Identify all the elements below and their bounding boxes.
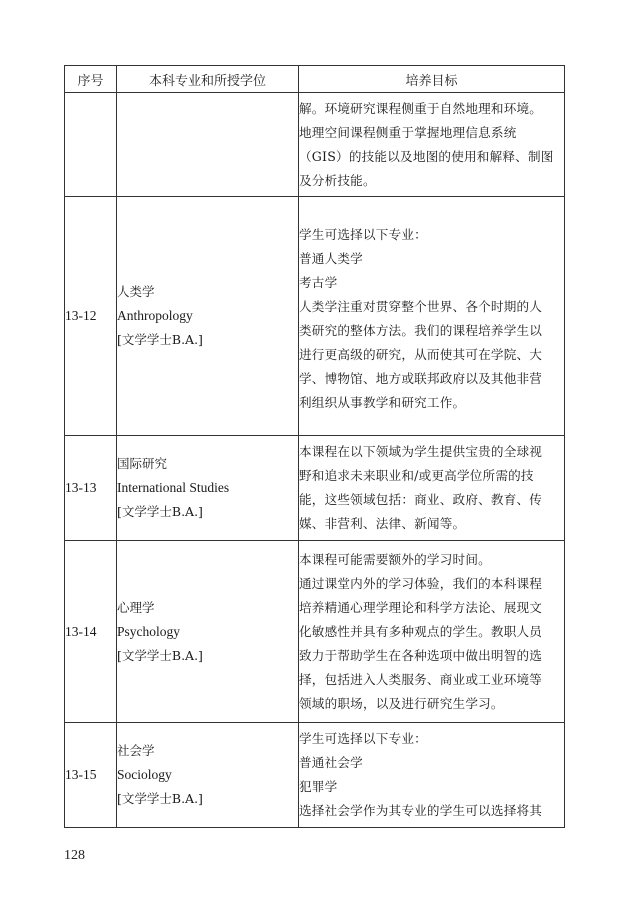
goal-line: 能，这些领域包括：商业、政府、教育、传 (299, 488, 564, 512)
goal-line: 学生可选择以下专业： (299, 727, 564, 751)
row-number: 13-14 (65, 541, 117, 723)
table-row: 解。环境研究课程侧重于自然地理和环境。 地理空间课程侧重于掌握地理信息系统 （G… (65, 93, 565, 197)
table-row: 13-13 国际研究 International Studies [文学学士B.… (65, 436, 565, 541)
document-page: 序号 本科专业和所授学位 培养目标 解。环境研究课程侧重于自然地理和环境。 地理… (0, 0, 628, 909)
goal-line: 致力于帮助学生在各种选项中做出明智的选 (299, 644, 564, 668)
header-training-goal: 培养目标 (299, 66, 565, 93)
goal-line: 犯罪学 (299, 775, 564, 799)
goal-line: 通过课堂内外的学习体验，我们的本科课程 (299, 572, 564, 596)
goal-line: 选择社会学作为其专业的学生可以选择将其 (299, 799, 564, 823)
row-number: 13-15 (65, 723, 117, 828)
row-number (65, 93, 117, 197)
goal-cell: 学生可选择以下专业： 普通社会学 犯罪学 选择社会学作为其专业的学生可以选择将其 (299, 723, 565, 828)
goal-line: 本课程在以下领域为学生提供宝贵的全球视 (299, 440, 564, 464)
goal-line: 学生可选择以下专业： (299, 223, 564, 247)
header-serial-number: 序号 (65, 66, 117, 93)
goal-line: 考古学 (299, 271, 564, 295)
major-english-name: Psychology (117, 620, 298, 644)
goal-line: 择，包括进入人类服务、商业或工业环境等 (299, 668, 564, 692)
major-cell: 人类学 Anthropology [文学学士B.A.] (117, 197, 299, 436)
degree-label: [文学学士B.A.] (117, 328, 298, 352)
page-number: 128 (64, 848, 85, 864)
major-chinese-name: 社会学 (117, 739, 298, 763)
goal-line: 本课程可能需要额外的学习时间。 (299, 548, 564, 572)
goal-line: 普通人类学 (299, 247, 564, 271)
major-english-name: Sociology (117, 763, 298, 787)
row-number: 13-12 (65, 197, 117, 436)
goal-line: 学、博物馆、地方或联邦政府以及其他非营 (299, 367, 564, 391)
goal-line: 媒、非营利、法律、新闻等。 (299, 512, 564, 536)
goal-line: 地理空间课程侧重于掌握地理信息系统 (299, 121, 564, 145)
major-english-name: International Studies (117, 476, 298, 500)
major-chinese-name: 人类学 (117, 280, 298, 304)
majors-table: 序号 本科专业和所授学位 培养目标 解。环境研究课程侧重于自然地理和环境。 地理… (64, 65, 565, 828)
major-chinese-name: 心理学 (117, 596, 298, 620)
goal-line: 及分析技能。 (299, 169, 564, 193)
major-cell: 国际研究 International Studies [文学学士B.A.] (117, 436, 299, 541)
goal-line: 领域的职场，以及进行研究生学习。 (299, 692, 564, 716)
major-cell: 心理学 Psychology [文学学士B.A.] (117, 541, 299, 723)
degree-label: [文学学士B.A.] (117, 500, 298, 524)
goal-line: 解。环境研究课程侧重于自然地理和环境。 (299, 97, 564, 121)
major-english-name: Anthropology (117, 304, 298, 328)
goal-cell: 本课程可能需要额外的学习时间。 通过课堂内外的学习体验，我们的本科课程 培养精通… (299, 541, 565, 723)
goal-line: 培养精通心理学理论和科学方法论、展现文 (299, 596, 564, 620)
goal-cell: 解。环境研究课程侧重于自然地理和环境。 地理空间课程侧重于掌握地理信息系统 （G… (299, 93, 565, 197)
major-chinese-name: 国际研究 (117, 452, 298, 476)
goal-line: 野和追求未来职业和/或更高学位所需的技 (299, 464, 564, 488)
goal-line: 人类学注重对贯穿整个世界、各个时期的人 (299, 295, 564, 319)
degree-label: [文学学士B.A.] (117, 787, 298, 811)
table-row: 13-12 人类学 Anthropology [文学学士B.A.] 学生可选择以… (65, 197, 565, 436)
goal-line: （GIS）的技能以及地图的使用和解释、制图 (299, 145, 564, 169)
goal-cell: 本课程在以下领域为学生提供宝贵的全球视 野和追求未来职业和/或更高学位所需的技 … (299, 436, 565, 541)
major-cell: 社会学 Sociology [文学学士B.A.] (117, 723, 299, 828)
row-number: 13-13 (65, 436, 117, 541)
goal-cell: 学生可选择以下专业： 普通人类学 考古学 人类学注重对贯穿整个世界、各个时期的人… (299, 197, 565, 436)
degree-label: [文学学士B.A.] (117, 644, 298, 668)
goal-line: 化敏感性并具有多种观点的学生。教职人员 (299, 620, 564, 644)
goal-line: 普通社会学 (299, 751, 564, 775)
major-cell (117, 93, 299, 197)
table-row: 13-14 心理学 Psychology [文学学士B.A.] 本课程可能需要额… (65, 541, 565, 723)
goal-line: 类研究的整体方法。我们的课程培养学生以 (299, 319, 564, 343)
goal-line: 利组织从事教学和研究工作。 (299, 391, 564, 415)
table-header-row: 序号 本科专业和所授学位 培养目标 (65, 66, 565, 93)
table-row: 13-15 社会学 Sociology [文学学士B.A.] 学生可选择以下专业… (65, 723, 565, 828)
header-major-and-degree: 本科专业和所授学位 (117, 66, 299, 93)
goal-line: 进行更高级的研究，从而使其可在学院、大 (299, 343, 564, 367)
